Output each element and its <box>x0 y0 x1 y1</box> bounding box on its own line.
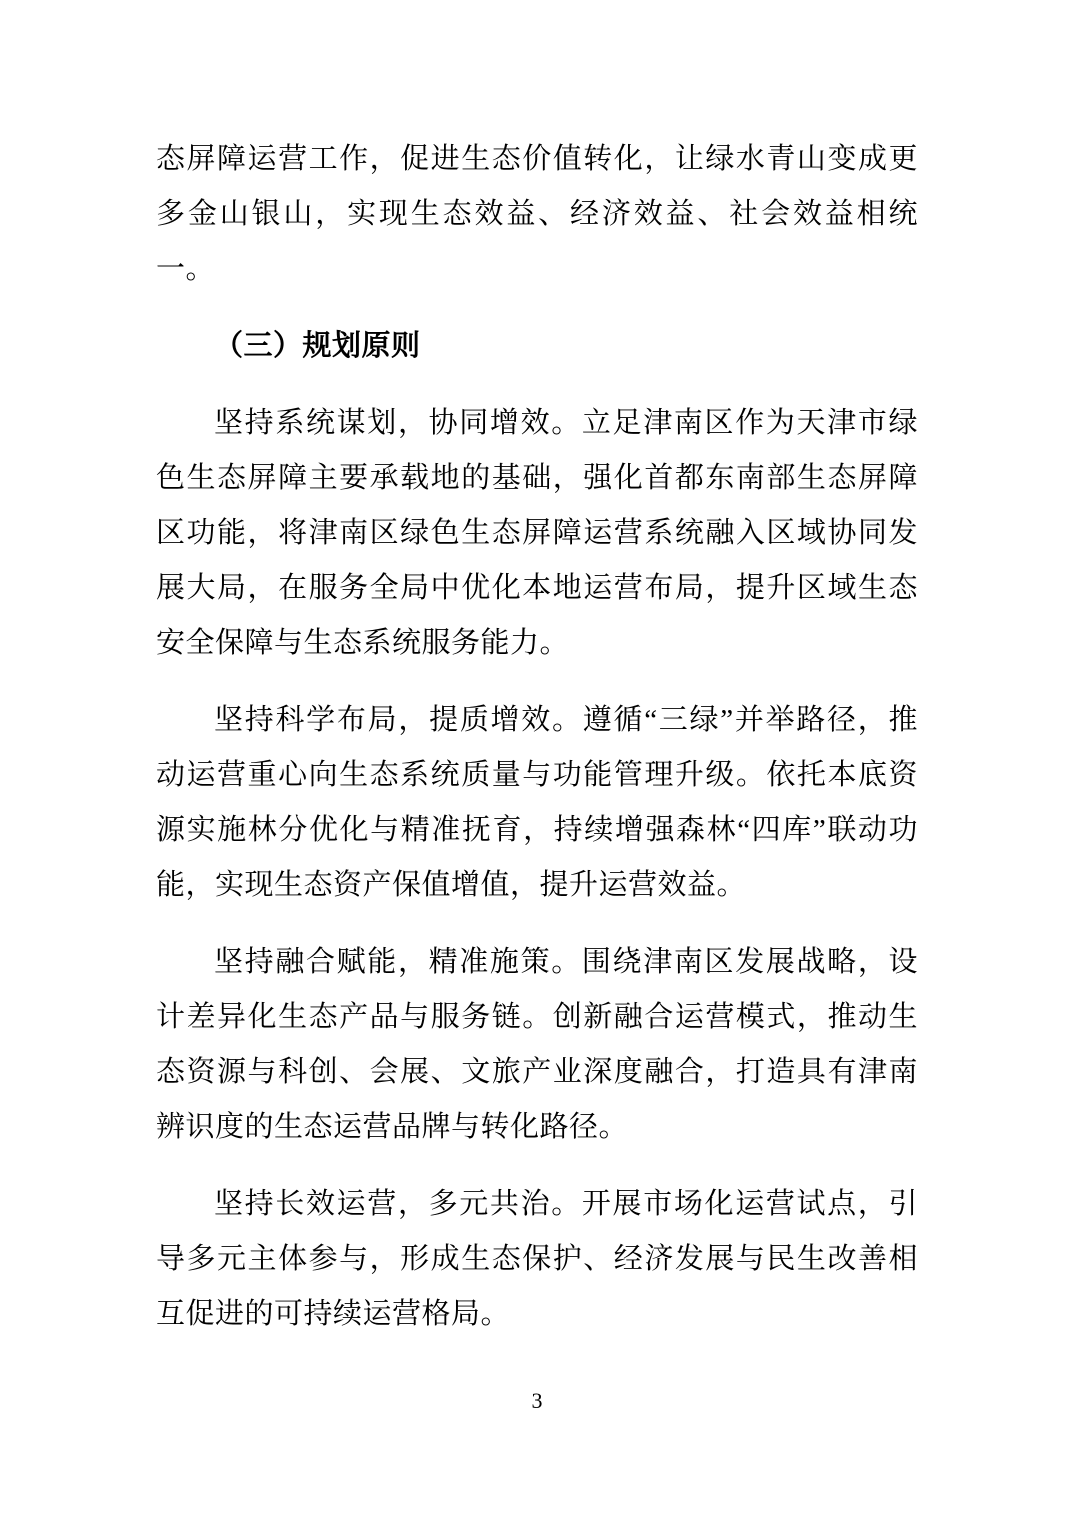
document-body: 态屏障运营工作，促进生态价值转化，让绿水青山变成更多金山银山，实现生态效益、经济… <box>156 132 918 1364</box>
paragraph: 坚持融合赋能，精准施策。围绕津南区发展战略，设计差异化生态产品与服务链。创新融合… <box>156 935 918 1155</box>
paragraph: 坚持长效运营，多元共治。开展市场化运营试点，引导多元主体参与，形成生态保护、经济… <box>156 1177 918 1342</box>
section-heading: （三）规划原则 <box>156 319 918 374</box>
page-number: 3 <box>0 1386 1074 1416</box>
document-page: 态屏障运营工作，促进生态价值转化，让绿水青山变成更多金山银山，实现生态效益、经济… <box>0 0 1074 1520</box>
paragraph-continuation: 态屏障运营工作，促进生态价值转化，让绿水青山变成更多金山银山，实现生态效益、经济… <box>156 132 918 297</box>
paragraph: 坚持科学布局，提质增效。遵循“三绿”并举路径，推动运营重心向生态系统质量与功能管… <box>156 693 918 913</box>
paragraph: 坚持系统谋划，协同增效。立足津南区作为天津市绿色生态屏障主要承载地的基础，强化首… <box>156 396 918 671</box>
